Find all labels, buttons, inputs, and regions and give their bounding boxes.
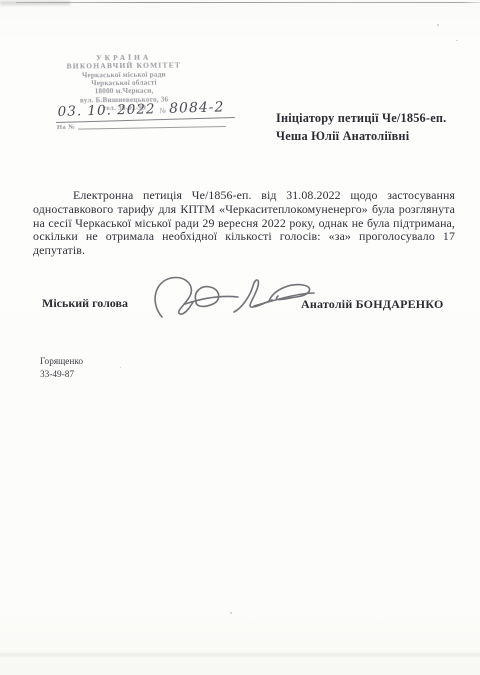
signer-title: Міський голова xyxy=(42,296,128,311)
reply-reference-line: На № xyxy=(57,121,227,131)
body-line: оскільки не отримала необхідної кількост… xyxy=(33,230,455,244)
handwritten-date: 03. 10. 2022 xyxy=(57,101,155,120)
scan-edge-line xyxy=(16,2,480,3)
handwritten-registration: 03. 10. 2022№8084-2 xyxy=(55,99,234,123)
recipient-line2: Чеша Юлії Анатоліївні xyxy=(276,128,446,146)
recipient-line1: Ініціатору петиції Че/1856-еп. xyxy=(276,110,446,128)
signer-name: Анатолій БОНДАРЕНКО xyxy=(301,297,443,312)
executor-name: Горященко xyxy=(40,356,83,369)
body-paragraph: Електронна петиція Че/1856-еп. від 31.08… xyxy=(33,189,455,258)
reply-ref-label: На № xyxy=(57,124,76,131)
scan-speck xyxy=(437,24,439,26)
body-line: Електронна петиція Че/1856-еп. від 31.08… xyxy=(33,189,455,203)
signature xyxy=(148,273,318,323)
body-line: депутатів. xyxy=(33,244,455,258)
scan-speck xyxy=(230,612,232,614)
body-line: на сесії Черкаської міської ради 29 вере… xyxy=(33,217,455,231)
number-sign: № xyxy=(159,107,166,115)
reply-ref-blank-line xyxy=(78,126,226,130)
scan-bottom-shadow xyxy=(0,651,480,658)
handwritten-number: 8084-2 xyxy=(169,99,225,117)
stamp-institution: ВИКОНАВЧИЙ КОМІТЕТ xyxy=(56,61,192,71)
recipient-block: Ініціатору петиції Че/1856-еп. Чеша Юлії… xyxy=(276,110,446,145)
scan-speck xyxy=(456,40,458,41)
executor-phone: 33-49-87 xyxy=(40,369,83,382)
executor-block: Горященко 33-49-87 xyxy=(40,356,83,381)
scan-speck xyxy=(120,367,121,368)
scanned-letter-page: УКРАЇНА ВИКОНАВЧИЙ КОМІТЕТ Черкаської мі… xyxy=(0,0,480,675)
body-line: одноставкового тарифу для КПТМ «Черкасит… xyxy=(33,203,455,217)
